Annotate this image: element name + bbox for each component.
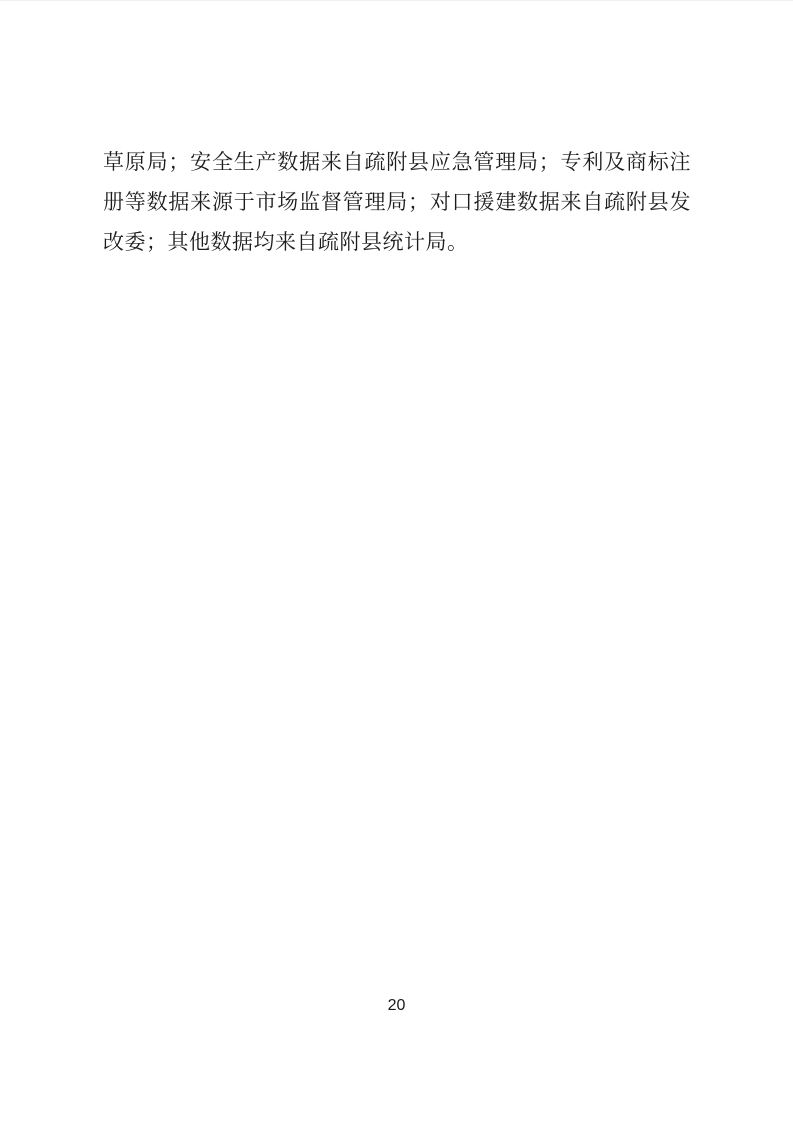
document-page: 草原局；安全生产数据来自疏附县应急管理局；专利及商标注 册等数据来源于市场监督管… [0,0,793,1123]
paragraph: 草原局；安全生产数据来自疏附县应急管理局；专利及商标注 册等数据来源于市场监督管… [103,142,691,262]
text-line: 册等数据来源于市场监督管理局；对口援建数据来自疏附县发 [103,182,691,222]
text-line: 草原局；安全生产数据来自疏附县应急管理局；专利及商标注 [103,142,691,182]
text-line: 改委；其他数据均来自疏附县统计局。 [103,222,691,262]
page-number: 20 [0,997,793,1015]
